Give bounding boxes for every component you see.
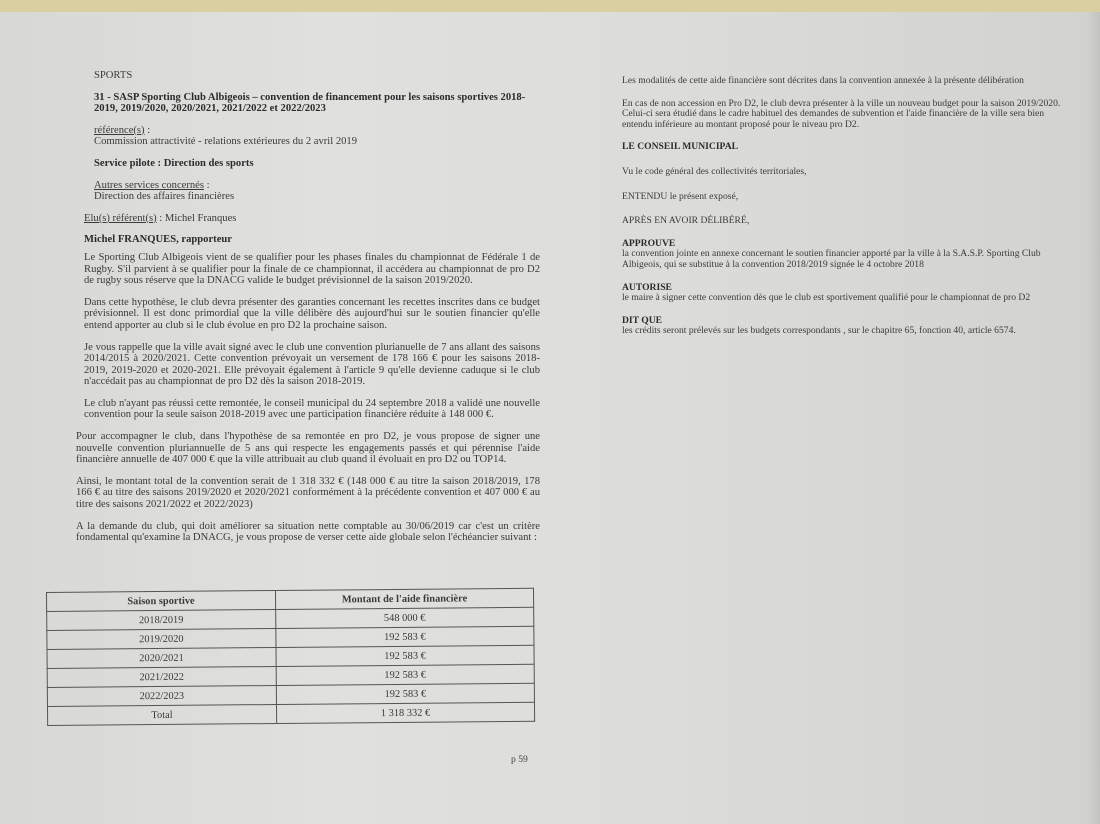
table-total-row: Total 1 318 332 € bbox=[47, 702, 534, 725]
ditque-block: DIT QUE les crédits seront prélevés sur … bbox=[622, 316, 1072, 337]
column-header: Saison sportive bbox=[47, 590, 276, 611]
service-pilote: Service pilote : Direction des sports bbox=[60, 158, 540, 170]
page-number: p 59 bbox=[511, 754, 528, 765]
autorise-text: le maire à signer cette convention dès q… bbox=[622, 293, 1072, 304]
season-cell: 2018/2019 bbox=[47, 609, 276, 630]
paragraph: Dans cette hypothèse, le club devra prés… bbox=[60, 297, 540, 332]
entendu-line: ENTENDU le présent exposé, bbox=[622, 192, 1072, 203]
autres-services-block: Autres services concernés : Direction de… bbox=[60, 180, 540, 203]
document-page: SPORTS 31 - SASP Sporting Club Albigeois… bbox=[0, 12, 1100, 824]
column-header: Montant de l'aide financière bbox=[275, 588, 533, 609]
approuve-block: APPROUVE la convention jointe en annexe … bbox=[622, 239, 1072, 271]
approuve-text: la convention jointe en annexe concernan… bbox=[622, 249, 1072, 270]
left-column: SPORTS 31 - SASP Sporting Club Albigeois… bbox=[60, 70, 540, 554]
elus-block: Elu(s) référent(s) : Michel Franques bbox=[60, 213, 540, 225]
paragraph: A la demande du club, qui doit améliorer… bbox=[60, 521, 540, 544]
paragraph: En cas de non accession en Pro D2, le cl… bbox=[622, 99, 1072, 131]
references-label: référence(s) bbox=[94, 125, 145, 136]
season-cell: 2021/2022 bbox=[47, 666, 276, 687]
paragraph: Ainsi, le montant total de la convention… bbox=[60, 476, 540, 511]
total-label-cell: Total bbox=[47, 704, 276, 725]
payment-schedule-table: Saison sportive Montant de l'aide financ… bbox=[46, 588, 535, 726]
amount-cell: 192 583 € bbox=[276, 683, 534, 704]
section-label: SPORTS bbox=[60, 70, 540, 82]
paragraph: Les modalités de cette aide financière s… bbox=[622, 76, 1072, 87]
rapporteur: Michel FRANQUES, rapporteur bbox=[60, 234, 540, 246]
season-cell: 2020/2021 bbox=[47, 647, 276, 668]
paragraph: Le club n'ayant pas réussi cette remonté… bbox=[60, 398, 540, 421]
amount-cell: 192 583 € bbox=[276, 626, 534, 647]
autres-services-value: Direction des affaires financières bbox=[94, 191, 234, 202]
references-value: Commission attractivité - relations exté… bbox=[94, 136, 357, 147]
paragraph: Pour accompagner le club, dans l'hypothè… bbox=[60, 431, 540, 466]
autres-services-label: Autres services concernés bbox=[94, 180, 204, 191]
document-title: 31 - SASP Sporting Club Albigeois – conv… bbox=[60, 92, 540, 115]
amount-cell: 192 583 € bbox=[276, 645, 534, 666]
apres-line: APRÈS EN AVOIR DÉLIBÉRÉ, bbox=[622, 216, 1072, 227]
ditque-text: les crédits seront prélevés sur les budg… bbox=[622, 326, 1072, 337]
total-amount-cell: 1 318 332 € bbox=[276, 702, 534, 723]
amount-cell: 548 000 € bbox=[276, 607, 534, 628]
amount-cell: 192 583 € bbox=[276, 664, 534, 685]
elus-label: Elu(s) référent(s) bbox=[84, 213, 157, 224]
season-cell: 2022/2023 bbox=[47, 685, 276, 706]
right-column: Les modalités de cette aide financière s… bbox=[622, 76, 1072, 347]
paragraph: Le Sporting Club Albigeois vient de se q… bbox=[60, 252, 540, 287]
season-cell: 2019/2020 bbox=[47, 628, 276, 649]
conseil-heading: LE CONSEIL MUNICIPAL bbox=[622, 142, 1072, 153]
references-block: référence(s) : Commission attractivité -… bbox=[60, 125, 540, 148]
autorise-block: AUTORISE le maire à signer cette convent… bbox=[622, 283, 1072, 304]
paragraph: Je vous rappelle que la ville avait sign… bbox=[60, 342, 540, 388]
elus-value: Michel Franques bbox=[165, 213, 237, 224]
vu-line: Vu le code général des collectivités ter… bbox=[622, 167, 1072, 178]
